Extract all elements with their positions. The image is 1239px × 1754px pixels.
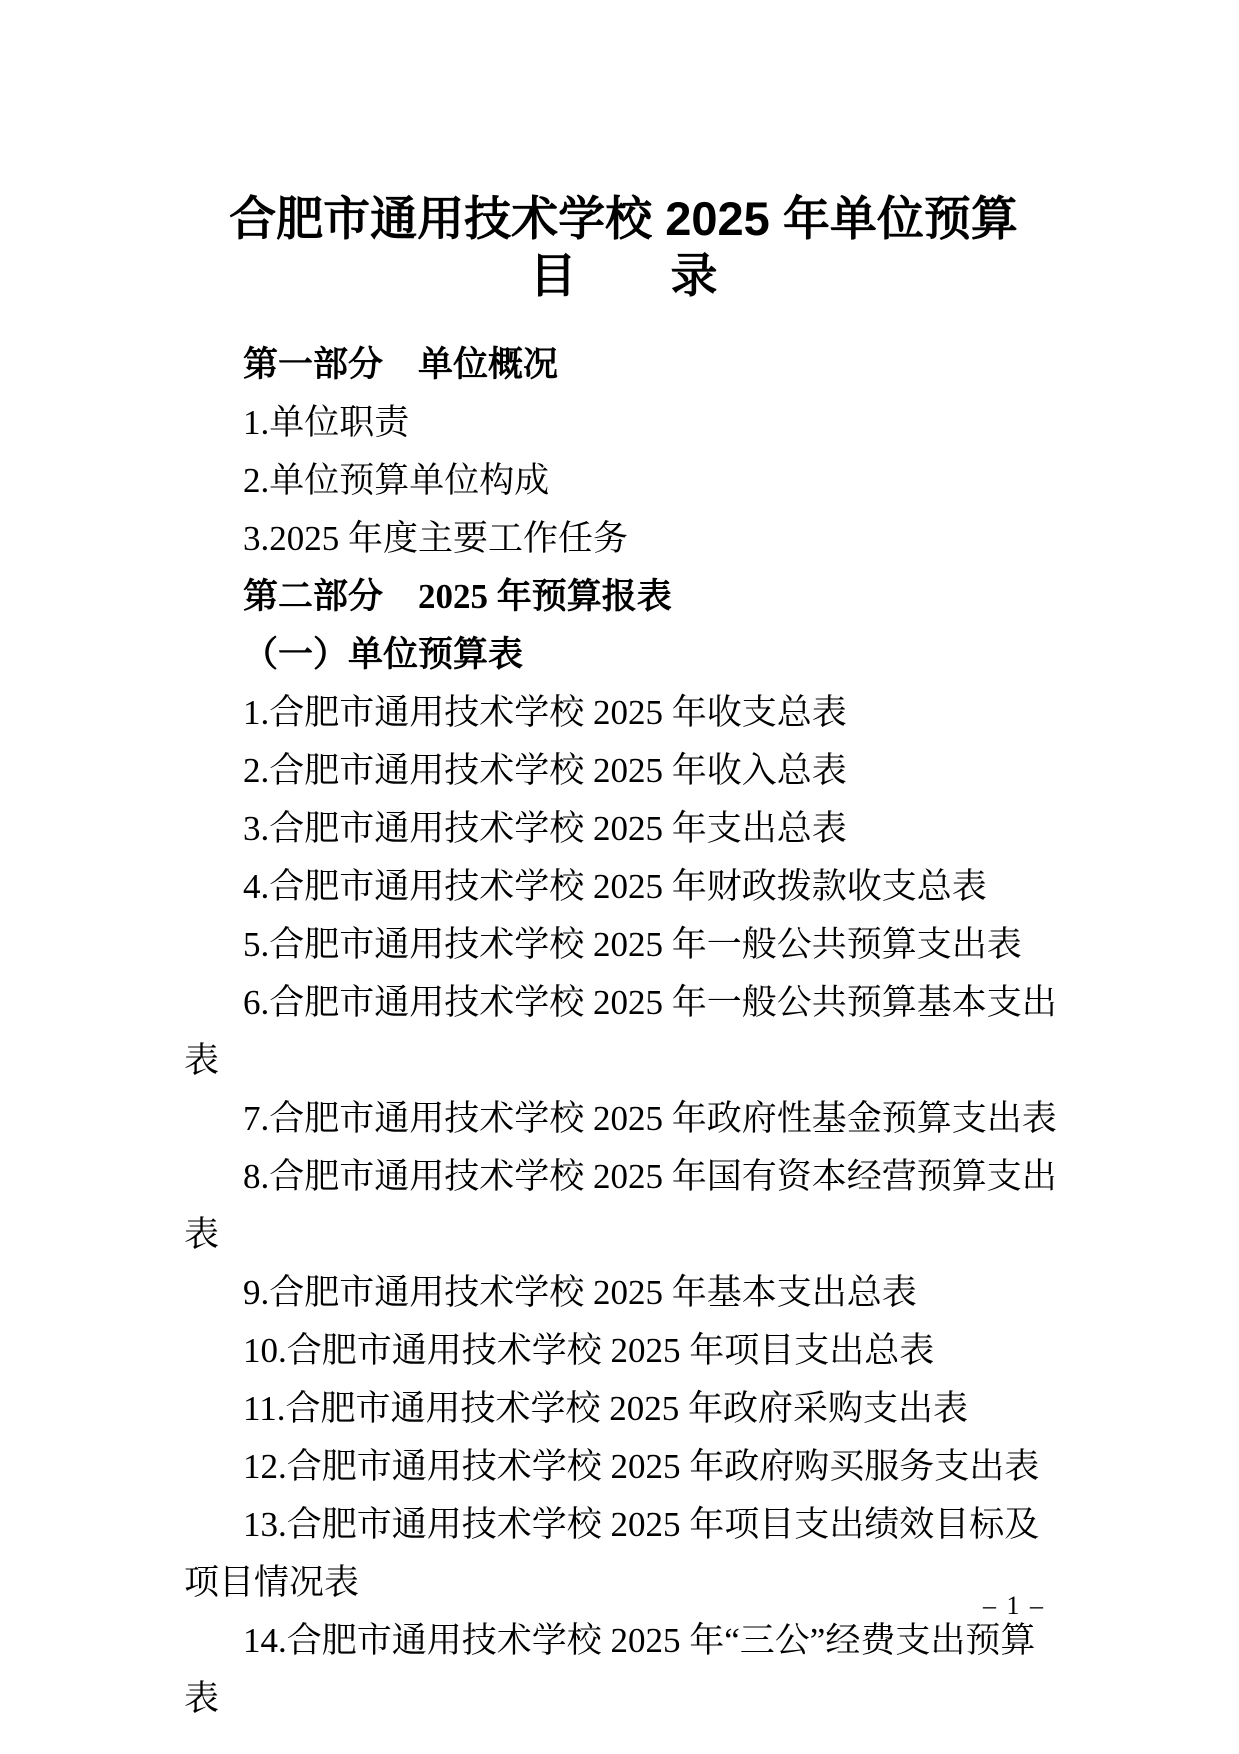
toc-item-table-2: 2.合肥市通用技术学校 2025 年收入总表 bbox=[184, 742, 1063, 800]
toc-item-table-11: 11.合肥市通用技术学校 2025 年政府采购支出表 bbox=[184, 1380, 1063, 1438]
toc-item-table-1: 1.合肥市通用技术学校 2025 年收支总表 bbox=[184, 684, 1063, 742]
toc-item-table-5: 5.合肥市通用技术学校 2025 年一般公共预算支出表 bbox=[184, 916, 1063, 974]
toc-item-table-10: 10.合肥市通用技术学校 2025 年项目支出总表 bbox=[184, 1322, 1063, 1380]
toc-item-table-4: 4.合肥市通用技术学校 2025 年财政拨款收支总表 bbox=[184, 858, 1063, 916]
toc-item-table-6: 6.合肥市通用技术学校 2025 年一般公共预算基本支出表 bbox=[184, 974, 1063, 1090]
doc-title-line2: 目 录 bbox=[184, 247, 1063, 304]
toc-item-table-9: 9.合肥市通用技术学校 2025 年基本支出总表 bbox=[184, 1264, 1063, 1322]
toc-heading-part2: 第二部分 2025 年预算报表 bbox=[184, 568, 1063, 626]
toc-item-table-7: 7.合肥市通用技术学校 2025 年政府性基金预算支出表 bbox=[184, 1090, 1063, 1148]
toc-item-main-tasks: 3.2025 年度主要工作任务 bbox=[184, 510, 1063, 568]
page-number: – 1 – bbox=[983, 1591, 1045, 1621]
toc-item-table-14: 14.合肥市通用技术学校 2025 年“三公”经费支出预算表 bbox=[184, 1612, 1063, 1728]
toc-item-table-13: 13.合肥市通用技术学校 2025 年项目支出绩效目标及项目情况表 bbox=[184, 1496, 1063, 1612]
toc-item-table-3: 3.合肥市通用技术学校 2025 年支出总表 bbox=[184, 800, 1063, 858]
table-of-contents: 第一部分 单位概况 1.单位职责 2.单位预算单位构成 3.2025 年度主要工… bbox=[184, 336, 1063, 1728]
toc-heading-section1: （一）单位预算表 bbox=[184, 626, 1063, 684]
toc-item-unit-duties: 1.单位职责 bbox=[184, 394, 1063, 452]
document-title: 合肥市通用技术学校 2025 年单位预算 目 录 bbox=[184, 190, 1063, 304]
toc-heading-part1: 第一部分 单位概况 bbox=[184, 336, 1063, 394]
doc-title-line1: 合肥市通用技术学校 2025 年单位预算 bbox=[184, 190, 1063, 247]
toc-item-table-12: 12.合肥市通用技术学校 2025 年政府购买服务支出表 bbox=[184, 1438, 1063, 1496]
toc-item-unit-structure: 2.单位预算单位构成 bbox=[184, 452, 1063, 510]
document-page: 合肥市通用技术学校 2025 年单位预算 目 录 第一部分 单位概况 1.单位职… bbox=[0, 0, 1239, 1754]
toc-item-table-8: 8.合肥市通用技术学校 2025 年国有资本经营预算支出表 bbox=[184, 1148, 1063, 1264]
